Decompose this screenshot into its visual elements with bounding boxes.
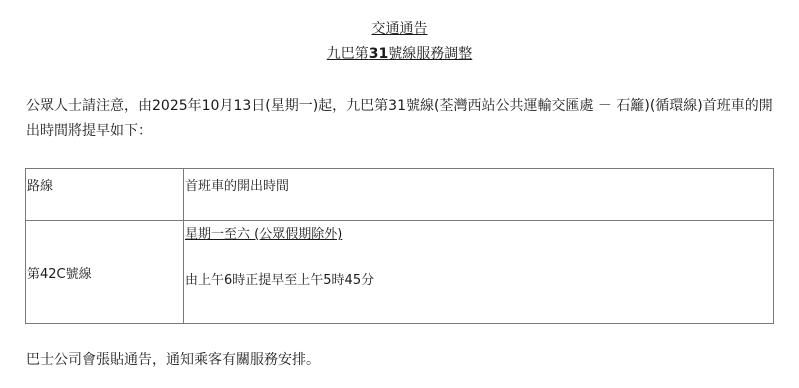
header-route: 路線 <box>26 169 184 221</box>
notice-subtitle: 九巴第31號線服務調整 <box>0 45 799 63</box>
subtitle-suffix: 號線服務調整 <box>388 46 472 62</box>
intro-paragraph: 公眾人士請注意，由2025年10月13日(星期一)起，九巴第31號線(荃灣西站公… <box>26 94 786 144</box>
time-change: 由上午6時正提早至上午5時45分 <box>185 272 772 290</box>
cell-route: 第42C號線 <box>26 221 184 324</box>
subtitle-prefix: 九巴第 <box>327 46 369 62</box>
cell-first-departure: 星期一至六 (公眾假期除外) 由上午6時正提早至上午5時45分 <box>184 221 774 324</box>
footer-note: 巴士公司會張貼通告，通知乘客有關服務安排。 <box>26 350 320 370</box>
first-departure-table: 路線 首班車的開出時間 第42C號線 星期一至六 (公眾假期除外) 由上午6時正… <box>25 168 774 324</box>
service-days: 星期一至六 (公眾假期除外) <box>185 226 772 244</box>
header-first-departure: 首班車的開出時間 <box>184 169 774 221</box>
table-row: 第42C號線 星期一至六 (公眾假期除外) 由上午6時正提早至上午5時45分 <box>26 221 774 324</box>
subtitle-route-number: 31 <box>369 46 388 62</box>
table-header-row: 路線 首班車的開出時間 <box>26 169 774 221</box>
notice-heading: 交通通告 <box>0 20 799 38</box>
